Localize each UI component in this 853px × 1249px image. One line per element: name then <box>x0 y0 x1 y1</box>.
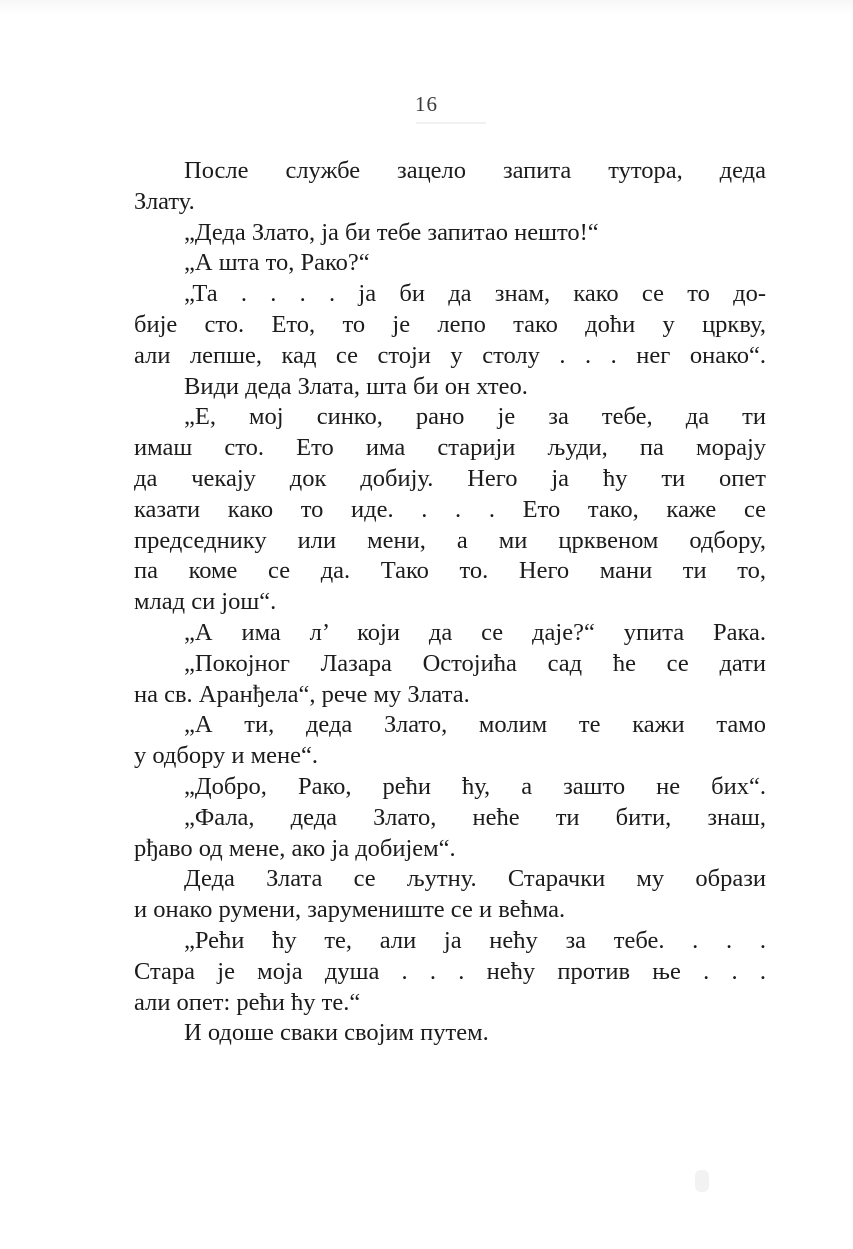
text-line: па коме се да. Тако то. Него мани ти то, <box>134 556 766 587</box>
page-number: 16 <box>0 92 853 117</box>
text-line: „Добро, Рако, рећи ћу, а зашто не бих“. <box>134 772 766 803</box>
text-line: „Деда Злато, ја би тебе запитао нешто!“ <box>134 218 766 249</box>
text-line: на св. Аранђела“, рече му Злата. <box>134 680 766 711</box>
scan-edge-shadow <box>0 0 853 14</box>
text-line: „Рећи ћу те, али ја нећу за тебе. . . . <box>134 926 766 957</box>
text-line: „Та . . . . ја би да знам, како се то до… <box>134 279 766 310</box>
text-line: рђаво од мене, ако ја добијем“. <box>134 834 766 865</box>
book-page: 16 После службе зацело запита тутора, де… <box>0 0 853 1249</box>
text-line: Деда Злата се љутну. Старачки му образи <box>134 864 766 895</box>
text-line: „Фала, деда Злато, неће ти бити, знаш, <box>134 803 766 834</box>
text-line: али опет: рећи ћу те.“ <box>134 988 766 1019</box>
text-line: млад си још“. <box>134 587 766 618</box>
text-line: И одоше сваки својим путем. <box>134 1018 766 1049</box>
text-line: „А има л’ који да се даје?“ упита Рака. <box>134 618 766 649</box>
scan-artifact <box>695 1170 709 1192</box>
body-text: После службе зацело запита тутора, дедаЗ… <box>134 156 766 1049</box>
text-line: Злату. <box>134 187 766 218</box>
text-line: бије сто. Ето, то је лепо тако доћи у цр… <box>134 310 766 341</box>
text-line: имаш сто. Ето има старији људи, па морај… <box>134 433 766 464</box>
text-line: али лепше, кад се стоји у столу . . . не… <box>134 341 766 372</box>
text-line: „А шта то, Рако?“ <box>134 248 766 279</box>
text-line: „Покојног Лазара Остојића сад ће се дати <box>134 649 766 680</box>
text-line: и онако румени, зарумениште се и већма. <box>134 895 766 926</box>
text-line: у одбору и мене“. <box>134 741 766 772</box>
text-line: После службе зацело запита тутора, деда <box>134 156 766 187</box>
text-line: Види деда Злата, шта би он хтео. <box>134 372 766 403</box>
text-line: „А ти, деда Злато, молим те кажи тамо <box>134 710 766 741</box>
text-line: председнику или мени, а ми црквеном одбо… <box>134 526 766 557</box>
text-line: „Е, мој синко, рано је за тебе, да ти <box>134 402 766 433</box>
text-line: казати како то иде. . . . Ето тако, каже… <box>134 495 766 526</box>
text-line: да чекају док добију. Него ја ћу ти опет <box>134 464 766 495</box>
text-line: Стара је моја душа . . . нећу против ње … <box>134 957 766 988</box>
page-number-underline <box>416 122 486 124</box>
